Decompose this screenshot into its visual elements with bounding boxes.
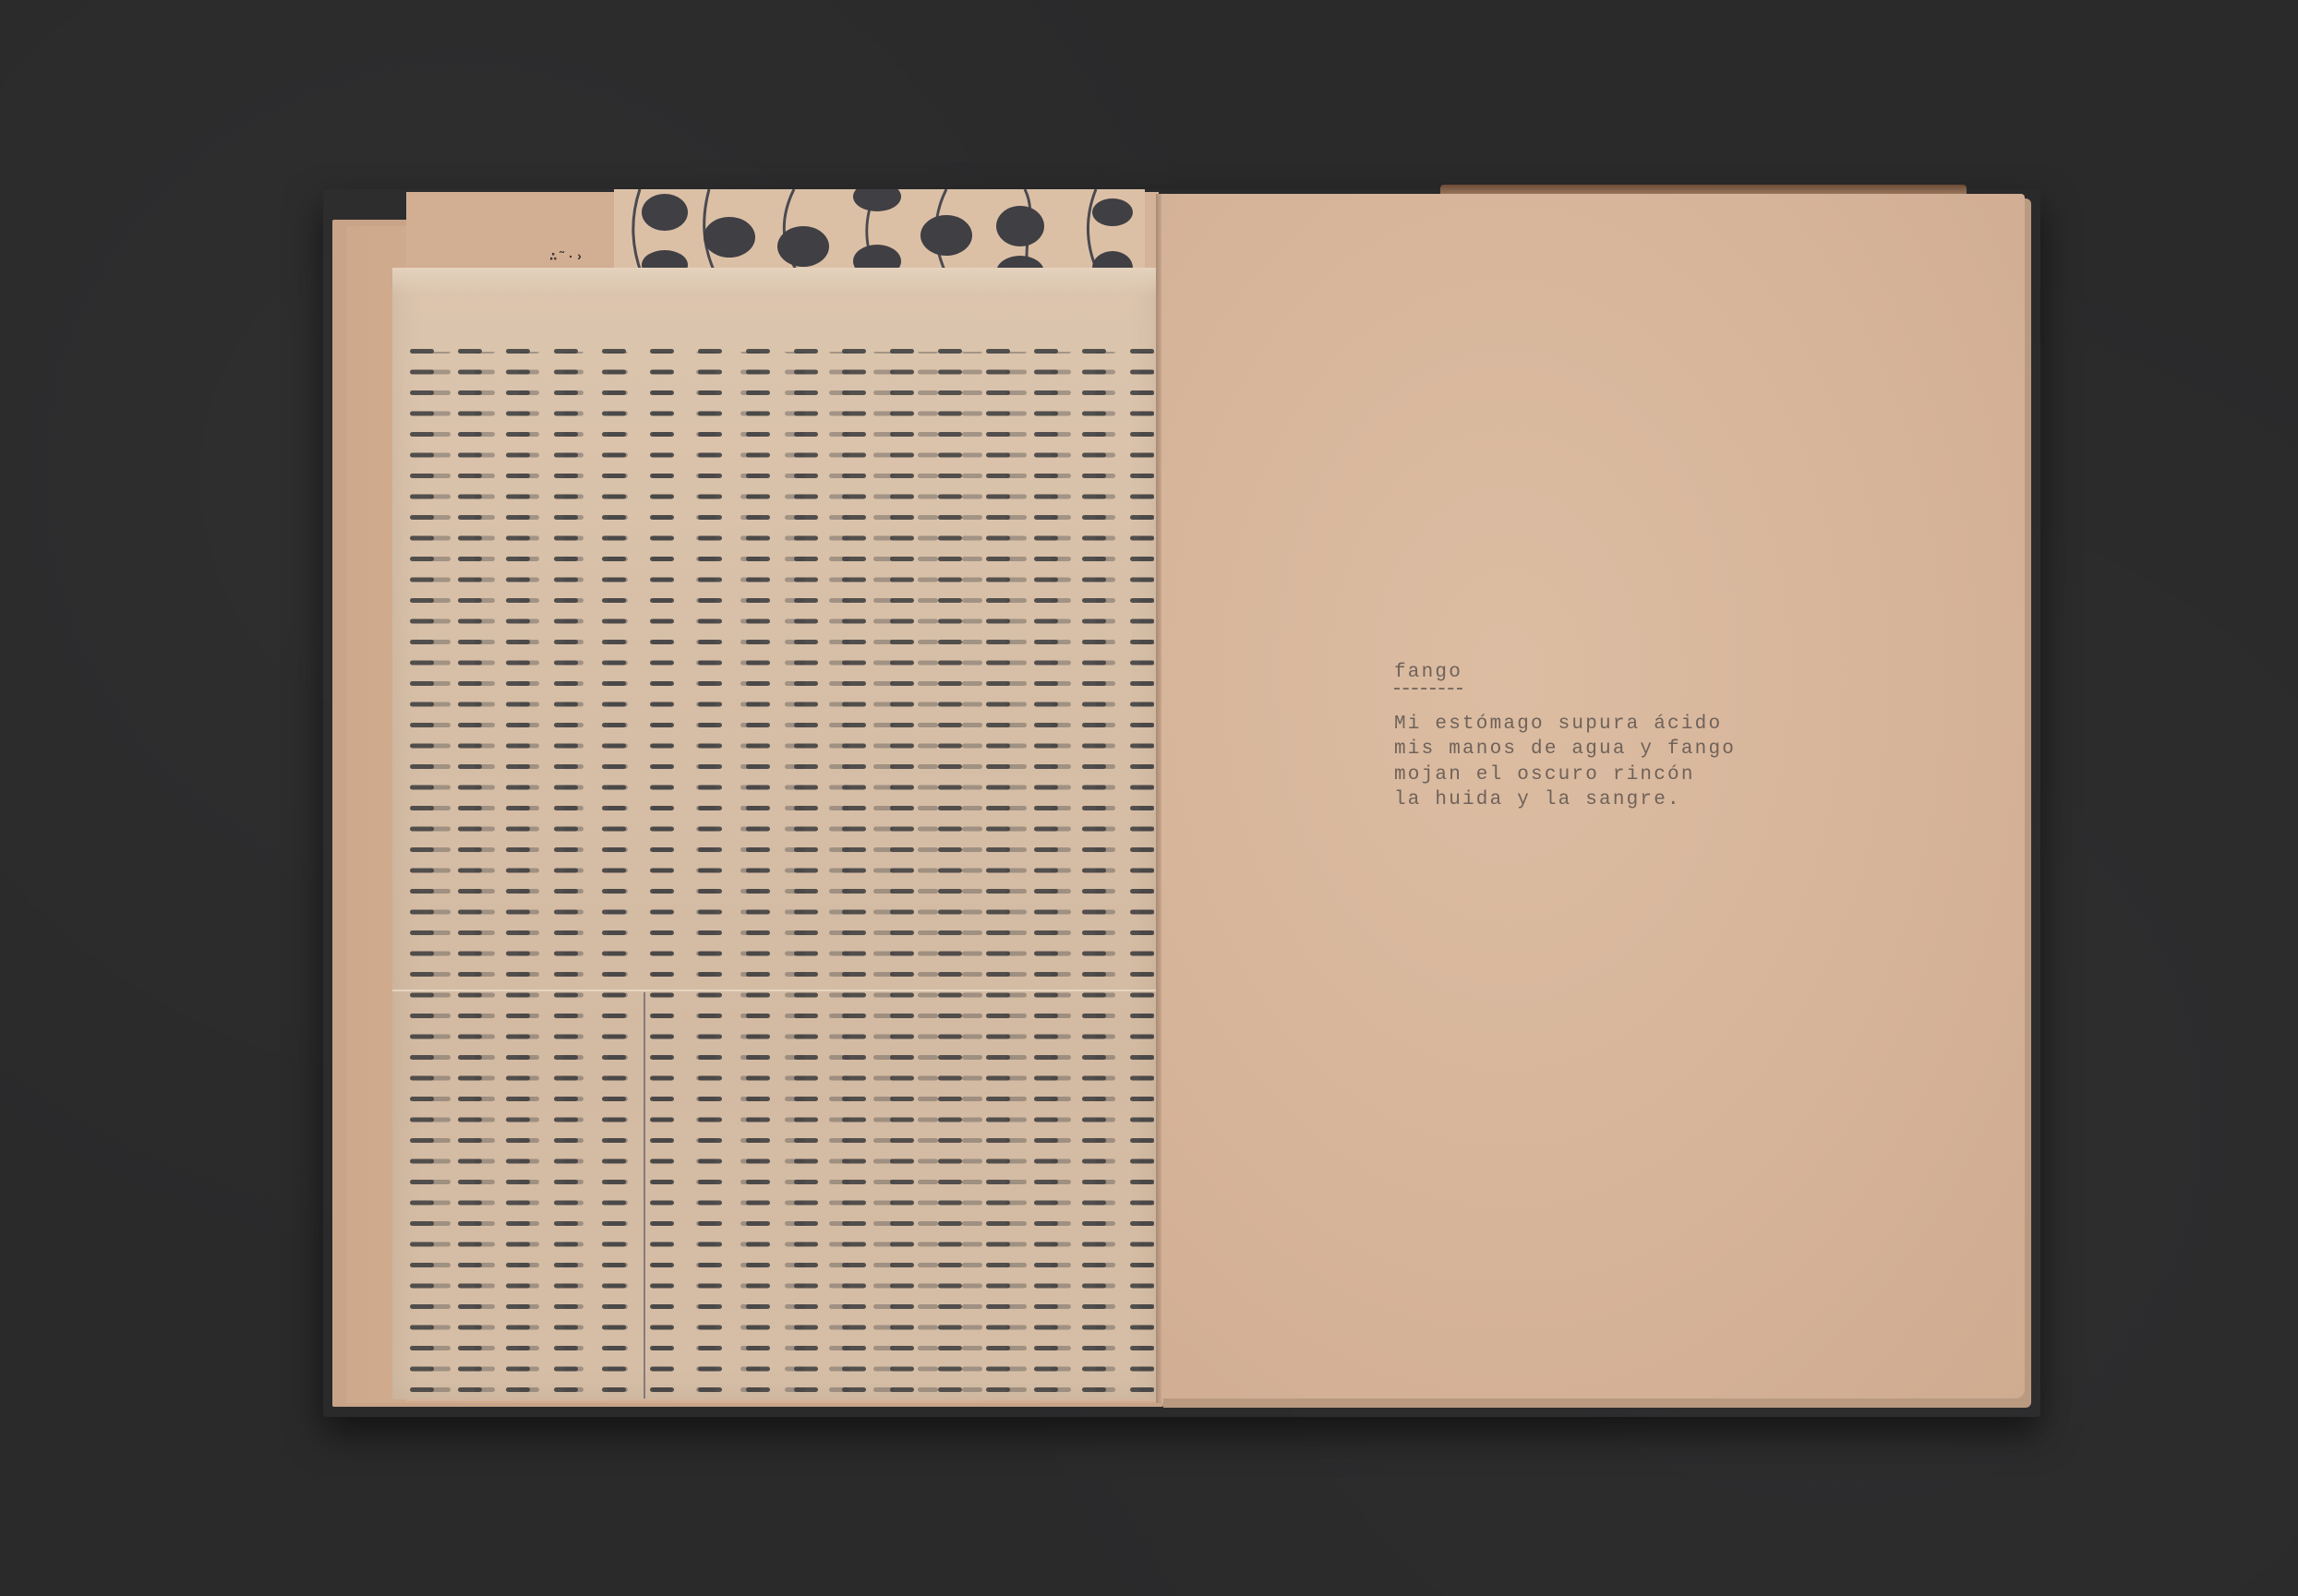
poem-line: mis manos de agua y fango (1394, 737, 1736, 762)
poem: fango Mi estómago supura ácido mis manos… (1394, 660, 1736, 813)
dashed-stitch-pattern (406, 342, 1154, 1394)
poem-line: Mi estómago supura ácido (1394, 712, 1736, 738)
leaf-vine-pattern-icon (614, 189, 1145, 274)
poem-line: la huida y la sangre. (1394, 787, 1736, 813)
poem-line: mojan el oscuro rincón (1394, 762, 1736, 788)
handwritten-scribble: ∴˜·› (549, 249, 584, 265)
vertical-fold-line (644, 992, 645, 1398)
leaf-pattern-strip (614, 189, 1145, 274)
poem-title: fango (1394, 660, 1462, 690)
